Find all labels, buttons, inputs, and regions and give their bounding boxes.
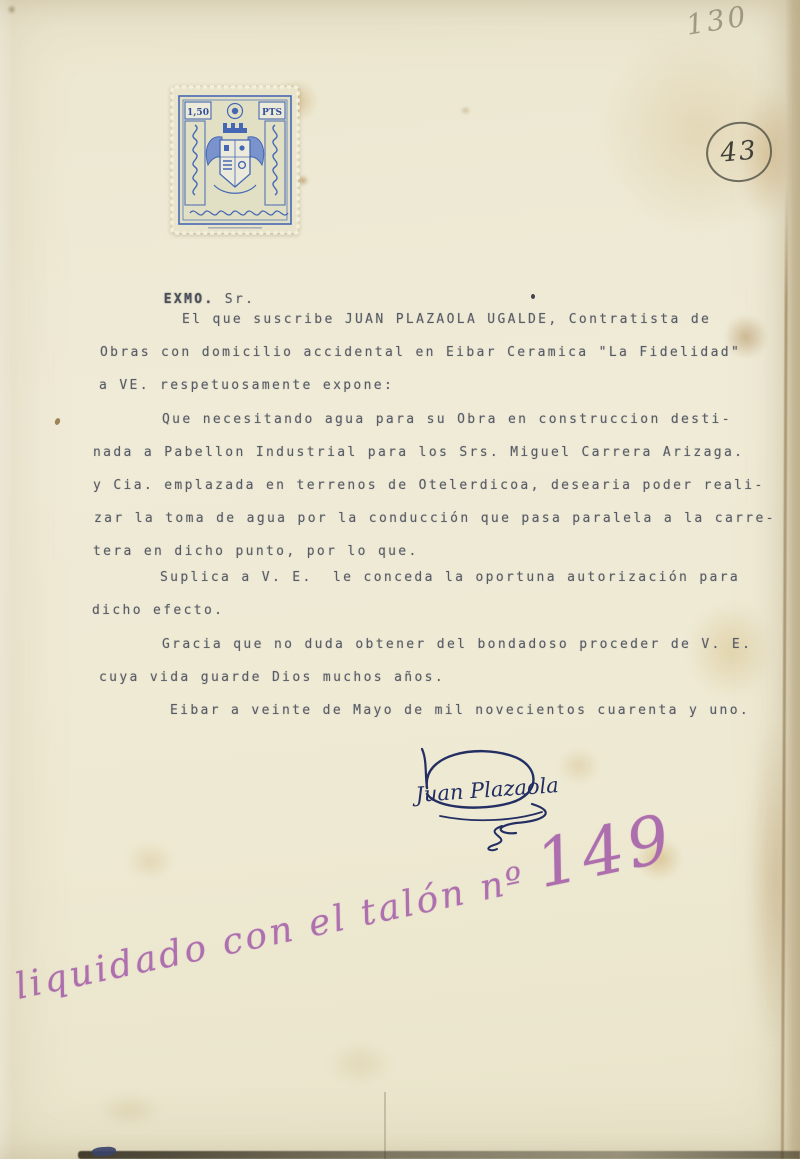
typed-line: Gracia que no duda obtener del bondadoso…: [162, 637, 752, 652]
typed-line: Que necesitando agua para su Obra en con…: [162, 412, 732, 427]
folio-number: 130: [684, 0, 751, 42]
page-left-edge: [0, 0, 13, 1159]
bottom-page-shadow: [78, 1151, 800, 1159]
salutation-rest: Sr.: [215, 292, 256, 307]
typed-line: tera en dicho punto, por lo que.: [93, 544, 419, 559]
typed-line: zar la toma de agua por la conducción qu…: [94, 511, 776, 526]
revenue-stamp: 1,50 PTS: [170, 85, 300, 235]
typed-line: El que suscribe JUAN PLAZAOLA UGALDE, Co…: [182, 312, 711, 327]
typed-line: nada a Pabellon Industrial para los Srs.…: [93, 445, 744, 460]
ink-dot: [531, 294, 535, 299]
stain: [460, 106, 471, 115]
stamp-currency: PTS: [262, 108, 282, 118]
typed-line: Eibar a veinte de Mayo de mil noveciento…: [170, 703, 750, 718]
stain: [328, 1042, 392, 1086]
liquidation-note-text: liquidado con el talón nº: [12, 856, 544, 1007]
circled-number: 43: [719, 135, 759, 168]
typed-line: a VE. respetuosamente expone:: [99, 378, 394, 393]
paper-speck: [54, 417, 61, 425]
typed-line: Obras con domicilio accidental en Eibar …: [100, 345, 741, 360]
signature-name: Juan Plazaola: [411, 773, 560, 807]
revenue-stamp-art: 1,50 PTS: [170, 85, 300, 235]
stain: [98, 1094, 162, 1126]
stain: [126, 842, 174, 880]
paper-crease: [384, 1092, 386, 1159]
circled-number-badge: 43: [704, 119, 775, 185]
typed-line: cuya vida guarde Dios muchos años.: [99, 670, 445, 685]
salutation-title: EXMO.: [164, 292, 215, 307]
stain: [600, 28, 800, 233]
scanned-letter-page: 130 43 1,50 PTS: [0, 0, 800, 1159]
stamp-denomination: 1,50: [187, 108, 209, 118]
typed-line: dicho efecto.: [92, 603, 224, 618]
typed-line: Suplica a V. E. le conceda la oportuna a…: [160, 570, 740, 585]
typed-line: y Cia. emplazada en terrenos de Otelerdi…: [93, 478, 765, 493]
liquidation-note: liquidado con el talón nº 149: [6, 799, 681, 1014]
page-right-edge: [785, 0, 800, 1159]
